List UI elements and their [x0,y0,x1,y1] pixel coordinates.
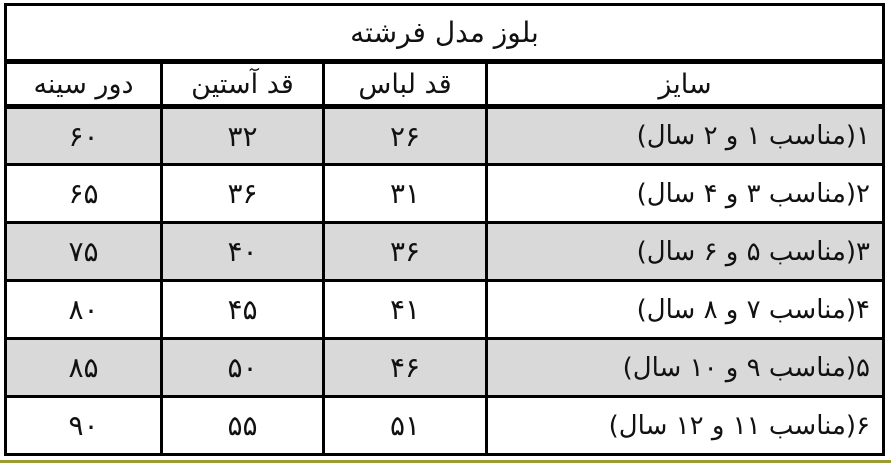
chest-cell: ۸۰ [5,281,161,339]
sleeve-length-cell: ۳۶ [162,165,324,223]
page: بلوز مدل فرشته سایز قد لباس قد آستین دور… [0,0,891,465]
sleeve-length-cell: ۳۲ [162,107,324,165]
title-row: بلوز مدل فرشته [5,5,883,62]
column-header-size: سایز [487,62,884,107]
dress-length-cell: ۵۱ [324,397,487,455]
size-cell: ۳(مناسب ۵ و ۶ سال) [487,223,884,281]
size-cell: ۴(مناسب ۷ و ۸ سال) [487,281,884,339]
chest-cell: ۷۵ [5,223,161,281]
dress-length-cell: ۲۶ [324,107,487,165]
chest-cell: ۶۵ [5,165,161,223]
table-row: ۲(مناسب ۳ و ۴ سال) ۳۱ ۳۶ ۶۵ [5,165,883,223]
column-header-sleeve-length: قد آستین [162,62,324,107]
chest-cell: ۹۰ [5,397,161,455]
size-cell: ۵(مناسب ۹ و ۱۰ سال) [487,339,884,397]
table-title: بلوز مدل فرشته [5,5,883,62]
column-header-chest: دور سینه [5,62,161,107]
sleeve-length-cell: ۵۵ [162,397,324,455]
size-cell: ۶(مناسب ۱۱ و ۱۲ سال) [487,397,884,455]
size-cell: ۲(مناسب ۳ و ۴ سال) [487,165,884,223]
dress-length-cell: ۳۶ [324,223,487,281]
table-body: ۱(مناسب ۱ و ۲ سال) ۲۶ ۳۲ ۶۰ ۲(مناسب ۳ و … [5,107,883,455]
table-row: ۴(مناسب ۷ و ۸ سال) ۴۱ ۴۵ ۸۰ [5,281,883,339]
table-row: ۳(مناسب ۵ و ۶ سال) ۳۶ ۴۰ ۷۵ [5,223,883,281]
chest-cell: ۶۰ [5,107,161,165]
sleeve-length-cell: ۵۰ [162,339,324,397]
table-row: ۶(مناسب ۱۱ و ۱۲ سال) ۵۱ ۵۵ ۹۰ [5,397,883,455]
dress-length-cell: ۴۶ [324,339,487,397]
chest-cell: ۸۵ [5,339,161,397]
size-chart-table: بلوز مدل فرشته سایز قد لباس قد آستین دور… [4,3,885,456]
table-row: ۱(مناسب ۱ و ۲ سال) ۲۶ ۳۲ ۶۰ [5,107,883,165]
sleeve-length-cell: ۴۵ [162,281,324,339]
dress-length-cell: ۳۱ [324,165,487,223]
column-header-dress-length: قد لباس [324,62,487,107]
table-row: ۵(مناسب ۹ و ۱۰ سال) ۴۶ ۵۰ ۸۵ [5,339,883,397]
sleeve-length-cell: ۴۰ [162,223,324,281]
header-row: سایز قد لباس قد آستین دور سینه [5,62,883,107]
dress-length-cell: ۴۱ [324,281,487,339]
size-cell: ۱(مناسب ۱ و ۲ سال) [487,107,884,165]
bottom-accent-strip [0,460,891,463]
